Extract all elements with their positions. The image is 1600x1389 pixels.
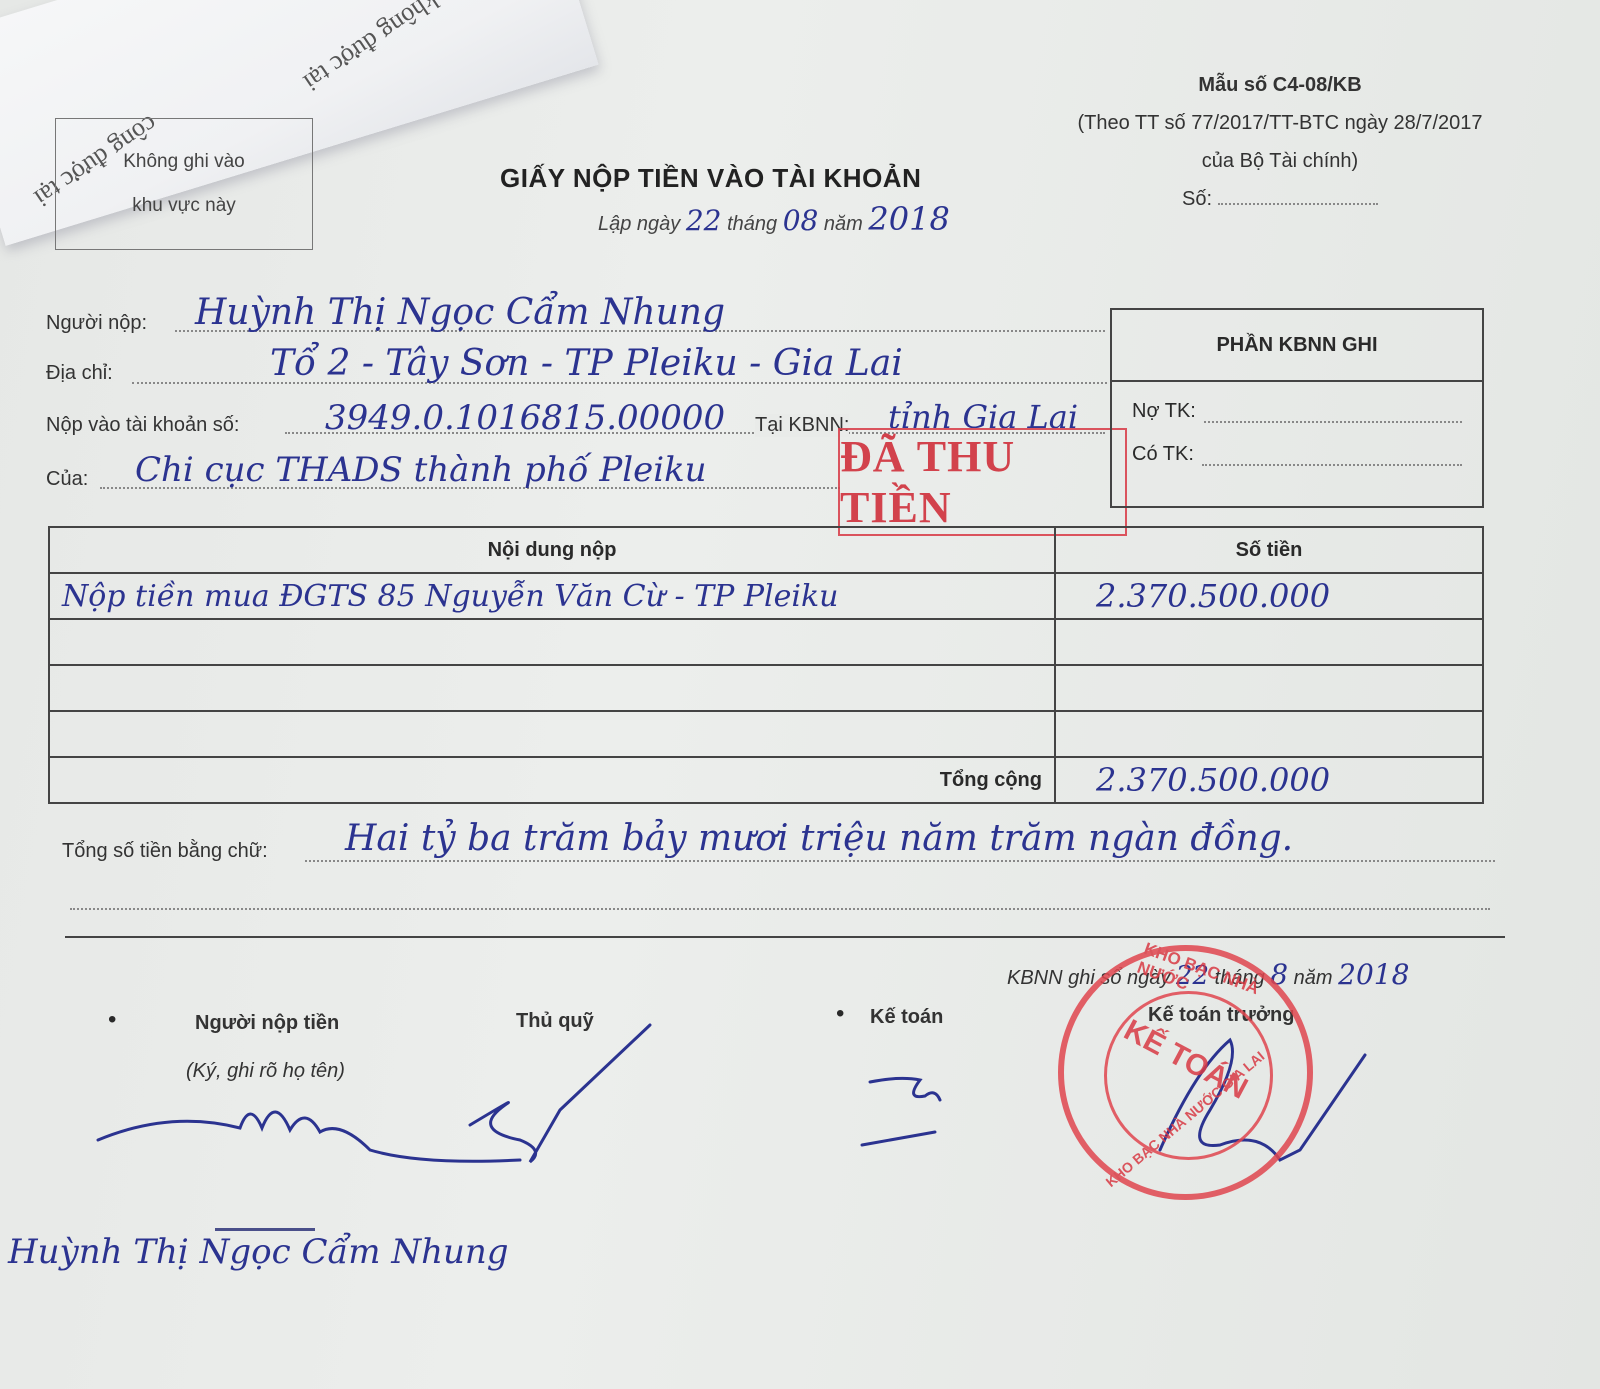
- row-amount: 2.370.500.000: [1055, 573, 1483, 619]
- form-issuer: của Bộ Tài chính): [1000, 142, 1560, 180]
- date-month: 08: [783, 204, 819, 237]
- no-entry-box: Không ghi vào khu vực này: [55, 118, 313, 250]
- table-row: [49, 619, 1483, 665]
- section-divider: [65, 936, 1505, 938]
- form-code-block: Mẫu số C4-08/KB (Theo TT số 77/2017/TT-B…: [1000, 66, 1560, 218]
- kbnn-section-heading: PHẦN KBNN GHI: [1112, 310, 1482, 382]
- payer-signature-name: Huỳnh Thị Ngọc Cẩm Nhung: [8, 1232, 509, 1272]
- row-content: Nộp tiền mua ĐGTS 85 Nguyễn Văn Cừ - TP …: [49, 573, 1055, 619]
- folded-text: sản không được tại: [298, 0, 479, 97]
- kbnn-label: Tại KBNN:: [755, 414, 849, 437]
- payer-value: Huỳnh Thị Ngọc Cẩm Nhung: [195, 292, 725, 333]
- debit-account-label: Nợ TK:: [1132, 400, 1196, 423]
- no-entry-line-2: khu vực này: [132, 184, 236, 228]
- no-entry-line-1: Không ghi vào: [123, 140, 245, 184]
- account-label: Nộp vào tài khoản số:: [46, 414, 239, 437]
- header-amount: Số tiền: [1055, 527, 1483, 573]
- form-number: Số:: [1000, 180, 1560, 218]
- credit-account-field: [1202, 464, 1462, 466]
- table-row: [49, 711, 1483, 757]
- name-underline: [215, 1228, 315, 1231]
- address-label: Địa chỉ:: [46, 362, 113, 385]
- kbnn-section: PHẦN KBNN GHI Nợ TK: Có TK:: [1110, 308, 1484, 508]
- official-seal: KHO BẠC NHÀ NƯỚC KHO BẠC NHÀ NƯỚC GIA LA…: [1058, 945, 1313, 1200]
- form-reference: (Theo TT số 77/2017/TT-BTC ngày 28/7/201…: [1000, 104, 1560, 142]
- amount-in-words-value: Hai tỷ ba trăm bảy mươi triệu năm trăm n…: [345, 818, 1293, 859]
- account-value: 3949.0.1016815.00000: [325, 398, 725, 438]
- payer-label: Người nộp:: [46, 312, 147, 335]
- date-day: 22: [686, 204, 722, 237]
- total-value: 2.370.500.000: [1055, 757, 1483, 803]
- page-title: GIẤY NỘP TIỀN VÀO TÀI KHOẢN: [500, 163, 921, 194]
- date-year: 2018: [868, 200, 949, 238]
- of-value: Chi cục THADS thành phố Pleiku: [135, 450, 707, 490]
- address-value: Tổ 2 - Tây Sơn - TP Pleiku - Gia Lai: [270, 343, 903, 384]
- form-code: Mẫu số C4-08/KB: [1000, 66, 1560, 104]
- paid-stamp: ĐÃ THU TIỀN: [838, 428, 1127, 536]
- table-row: Nộp tiền mua ĐGTS 85 Nguyễn Văn Cừ - TP …: [49, 573, 1483, 619]
- signature-strokes: [0, 1000, 1600, 1389]
- date-line: Lập ngày 22 tháng 08 năm 2018: [598, 200, 950, 238]
- total-label: Tổng cộng: [49, 757, 1055, 803]
- amount-in-words-label: Tổng số tiền bằng chữ:: [62, 840, 268, 863]
- payment-table: Nội dung nộp Số tiền Nộp tiền mua ĐGTS 8…: [48, 526, 1484, 804]
- debit-account-field: [1204, 421, 1462, 423]
- table-row: [49, 665, 1483, 711]
- header-content: Nội dung nộp: [49, 527, 1055, 573]
- credit-account-label: Có TK:: [1132, 443, 1194, 466]
- of-label: Của:: [46, 468, 88, 491]
- total-row: Tổng cộng 2.370.500.000: [49, 757, 1483, 803]
